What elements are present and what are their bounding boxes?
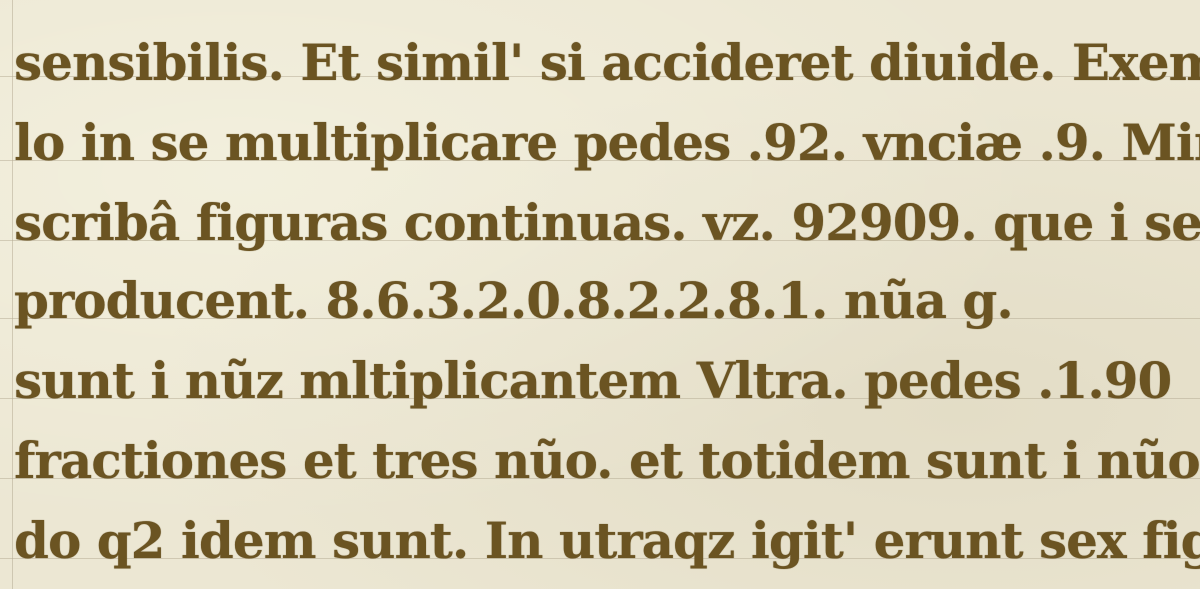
text-line-4: producent. 8.6.3.2.0.8.2.2.8.1. nũa g. [14,276,1013,326]
text-line-7: do q2 idem sunt. In utraqz igit' erunt s… [14,516,1200,566]
text-line-5: sunt i nũz mltiplicantem Vltra. pedes .1… [14,356,1171,406]
text-line-2: lo in se multiplicare pedes .92. vnciæ .… [14,118,1200,168]
manuscript-page: sensibilis. Et simil' si accideret diuid… [0,0,1200,589]
text-line-6: fractiones et tres nũo. et totidem sunt … [14,436,1200,486]
text-line-3: scribâ figuras continuas. vz. 92909. que… [14,198,1200,248]
text-line-1: sensibilis. Et simil' si accideret diuid… [14,38,1200,88]
margin-rule [12,0,13,589]
